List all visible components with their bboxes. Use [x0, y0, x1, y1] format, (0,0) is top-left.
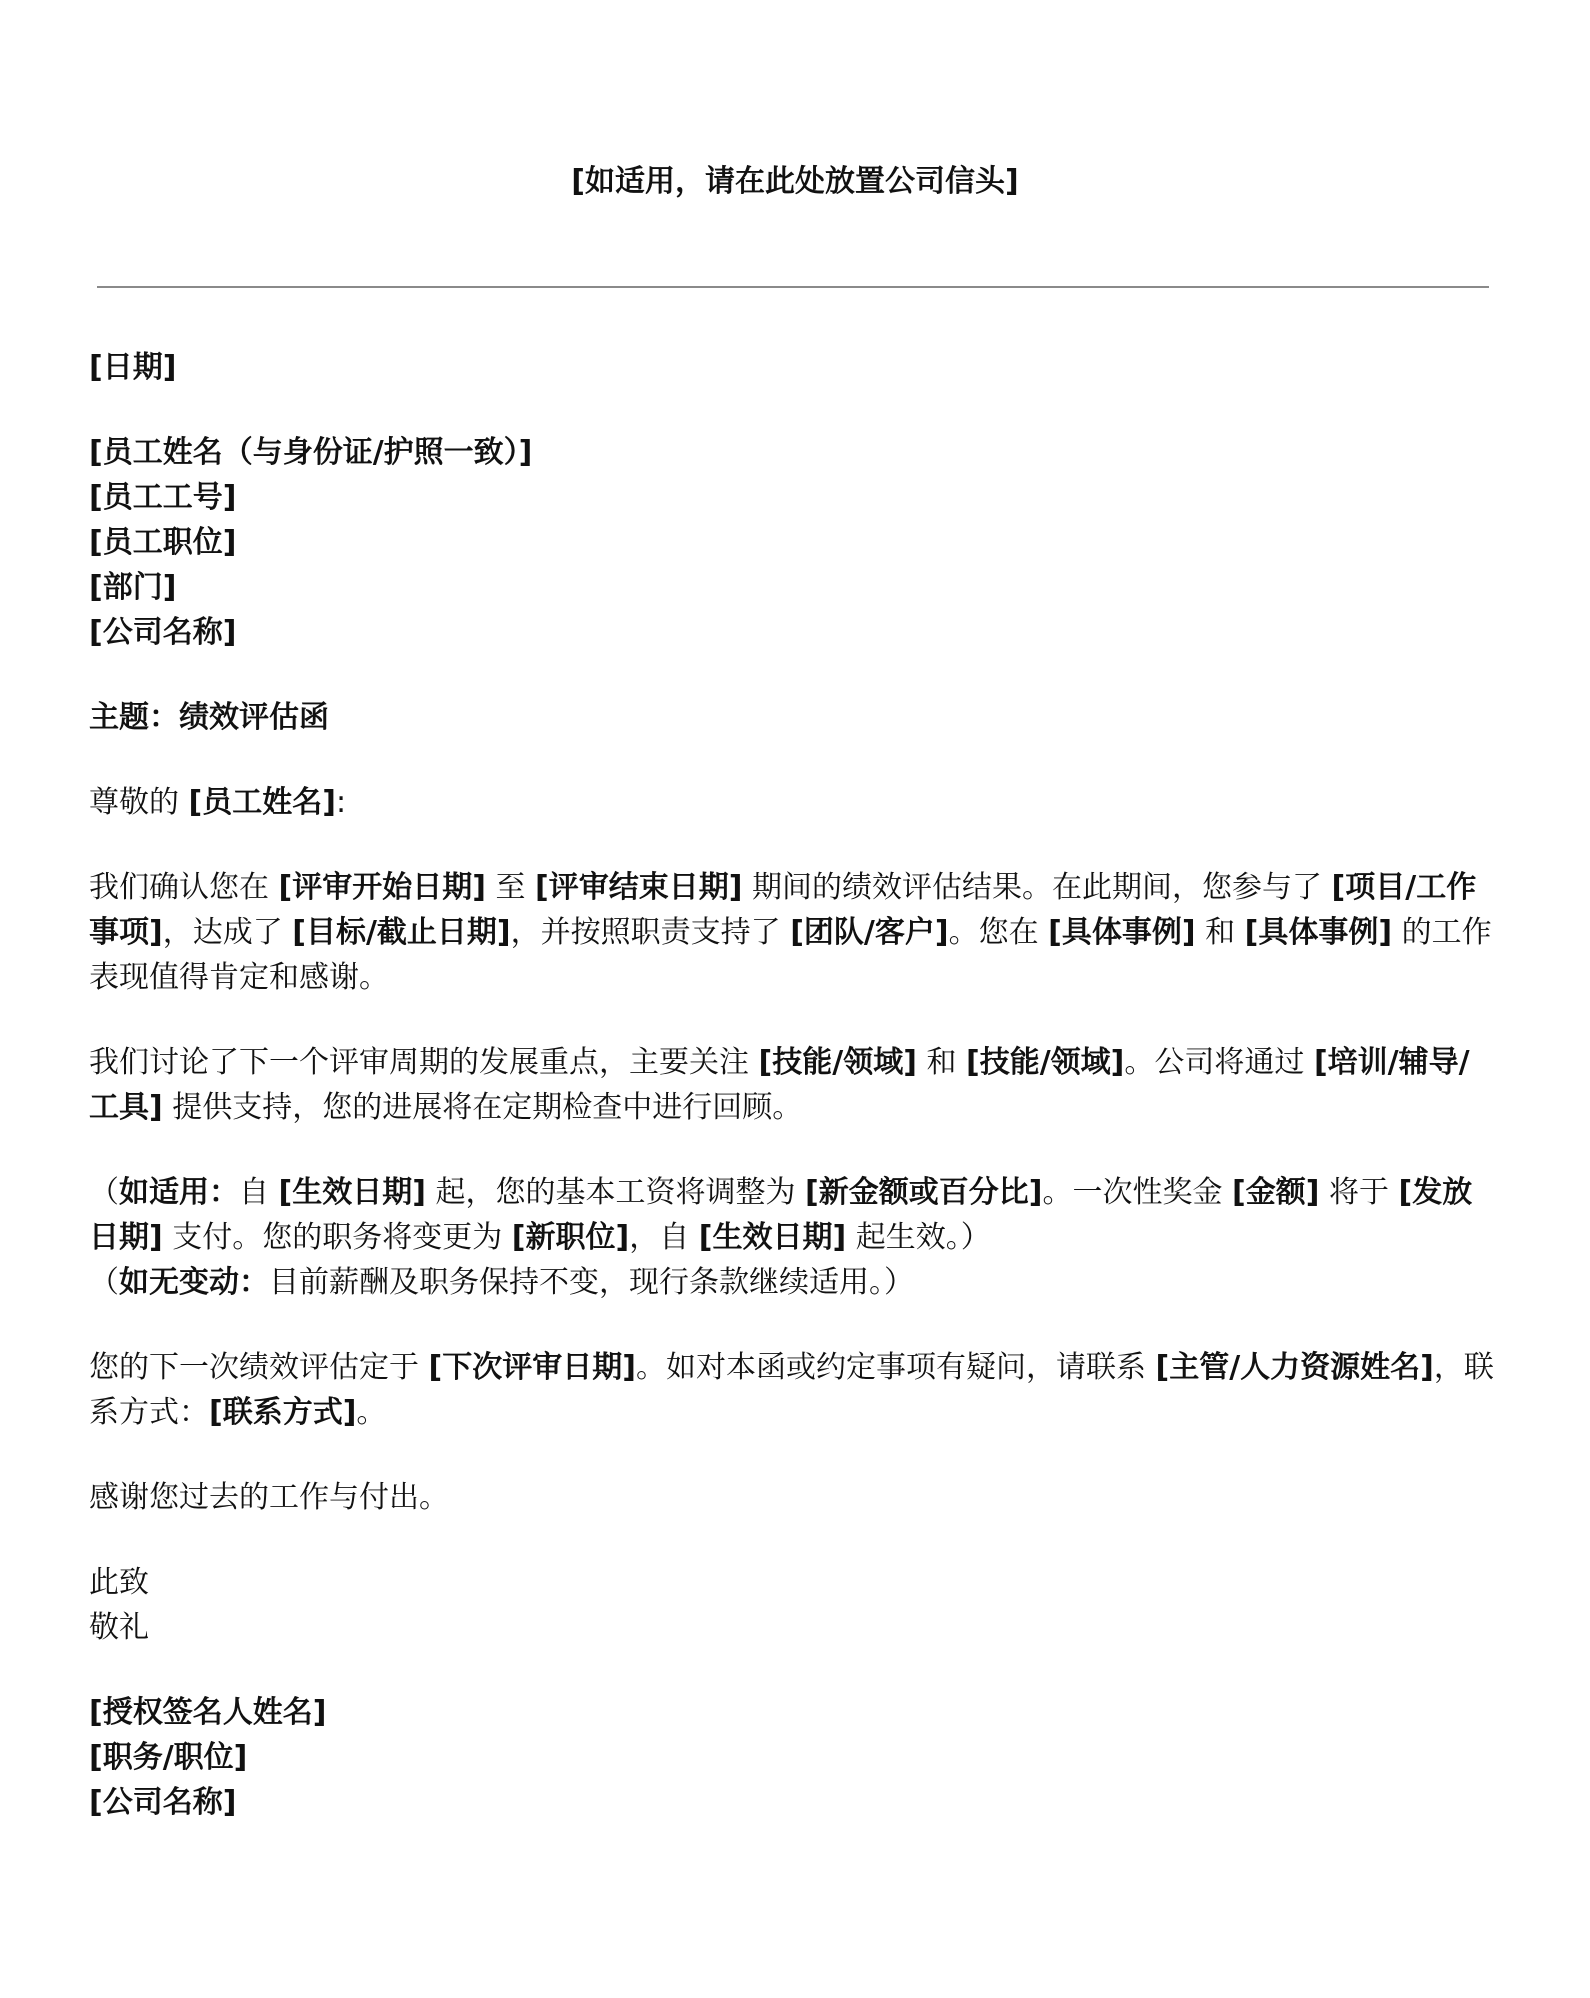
- text: （: [89, 1265, 119, 1300]
- placeholder-skill-2: [技能/领域]: [966, 1045, 1124, 1080]
- compensation-change-option: （如适用：自 [生效日期] 起，您的基本工资将调整为 [新金额或百分比]。一次性…: [89, 1170, 1494, 1260]
- placeholder-bonus-amount: [金额]: [1232, 1175, 1319, 1210]
- letterhead-placeholder: [如适用，请在此处放置公司信头]: [0, 160, 1590, 204]
- placeholder-new-amount: [新金额或百分比]: [805, 1175, 1042, 1210]
- compensation-no-change-option: （如无变动：目前薪酬及职务保持不变，现行条款继续适用。）: [89, 1260, 1494, 1305]
- recipient-employee-id: [员工工号]: [89, 475, 1494, 520]
- placeholder-review-end-date: [评审结束日期]: [535, 870, 742, 905]
- closing-line-1: 此致: [89, 1560, 1494, 1605]
- text: ，达成了: [163, 915, 293, 950]
- paragraph-review-summary: 我们确认您在 [评审开始日期] 至 [评审结束日期] 期间的绩效评估结果。在此期…: [89, 865, 1494, 1000]
- placeholder-contact-details: [联系方式]: [209, 1395, 356, 1430]
- paragraph-compensation: （如适用：自 [生效日期] 起，您的基本工资将调整为 [新金额或百分比]。一次性…: [89, 1170, 1494, 1305]
- placeholder-team-clients: [团队/客户]: [790, 915, 948, 950]
- text: 。一次性奖金: [1042, 1175, 1232, 1210]
- text: 我们确认您在: [89, 870, 279, 905]
- text: 期间的绩效评估结果。在此期间，您参与了: [742, 870, 1331, 905]
- placeholder-example-1: [具体事例]: [1048, 915, 1195, 950]
- text: 您的下一次绩效评估定于: [89, 1350, 429, 1385]
- date-block: [日期]: [89, 345, 1494, 390]
- placeholder-new-position: [新职位]: [512, 1220, 629, 1255]
- signature-block: [授权签名人姓名] [职务/职位] [公司名称]: [89, 1690, 1494, 1825]
- text: 。: [356, 1395, 386, 1430]
- recipient-department: [部门]: [89, 565, 1494, 610]
- salutation-prefix: 尊敬的: [89, 785, 189, 820]
- text: 起生效。）: [846, 1220, 991, 1255]
- text: 将于: [1319, 1175, 1398, 1210]
- salutation-suffix: :: [336, 785, 346, 820]
- placeholder-effective-date: [生效日期]: [279, 1175, 426, 1210]
- text: 和: [917, 1045, 966, 1080]
- text: 。如对本函或约定事项有疑问，请联系: [636, 1350, 1156, 1385]
- placeholder-contact-name: [主管/人力资源姓名]: [1156, 1350, 1434, 1385]
- text: ，并按照职责支持了: [511, 915, 791, 950]
- recipient-name: [员工姓名（与身份证/护照一致）]: [89, 430, 1494, 475]
- letter-page: [如适用，请在此处放置公司信头] [日期] [员工姓名（与身份证/护照一致）] …: [0, 0, 1590, 1998]
- paragraph-development: 我们讨论了下一个评审周期的发展重点，主要关注 [技能/领域] 和 [技能/领域]…: [89, 1040, 1494, 1130]
- text: 支付。您的职务将变更为: [163, 1220, 512, 1255]
- subject-text: 主题：绩效评估函: [89, 700, 329, 735]
- text: 我们讨论了下一个评审周期的发展重点，主要关注: [89, 1045, 759, 1080]
- text: 自: [239, 1175, 279, 1210]
- placeholder-skill-1: [技能/领域]: [759, 1045, 917, 1080]
- text: 和: [1196, 915, 1245, 950]
- text: ，自: [629, 1220, 699, 1255]
- closing-line-2: 敬礼: [89, 1605, 1494, 1650]
- recipient-block: [员工姓名（与身份证/护照一致）] [员工工号] [员工职位] [部门] [公司…: [89, 430, 1494, 655]
- salutation-name: [员工姓名]: [189, 785, 336, 820]
- text: 。您在: [949, 915, 1049, 950]
- option-label-applicable: 如适用：: [119, 1175, 239, 1210]
- recipient-company: [公司名称]: [89, 610, 1494, 655]
- text: 起，您的基本工资将调整为: [426, 1175, 805, 1210]
- text: （: [89, 1175, 119, 1210]
- text: 至: [486, 870, 535, 905]
- date-placeholder: [日期]: [89, 350, 176, 385]
- signatory-title: [职务/职位]: [89, 1735, 1494, 1780]
- salutation: 尊敬的 [员工姓名]:: [89, 780, 1494, 825]
- header-divider: [97, 286, 1489, 288]
- recipient-position: [员工职位]: [89, 520, 1494, 565]
- placeholder-next-review-date: [下次评审日期]: [429, 1350, 636, 1385]
- subject-line: 主题：绩效评估函: [89, 695, 1494, 740]
- text: 提供支持，您的进展将在定期检查中进行回顾。: [163, 1090, 803, 1125]
- paragraph-next-review: 您的下一次绩效评估定于 [下次评审日期]。如对本函或约定事项有疑问，请联系 [主…: [89, 1345, 1494, 1435]
- thanks-line: 感谢您过去的工作与付出。: [89, 1475, 1494, 1520]
- option-label-no-change: 如无变动：: [119, 1265, 269, 1300]
- placeholder-example-2: [具体事例]: [1245, 915, 1392, 950]
- signatory-company: [公司名称]: [89, 1780, 1494, 1825]
- letter-body: [日期] [员工姓名（与身份证/护照一致）] [员工工号] [员工职位] [部门…: [89, 345, 1494, 1865]
- text: 目前薪酬及职务保持不变，现行条款继续适用。）: [269, 1265, 914, 1300]
- placeholder-goals: [目标/截止日期]: [292, 915, 510, 950]
- placeholder-review-start-date: [评审开始日期]: [279, 870, 486, 905]
- placeholder-effective-date-2: [生效日期]: [699, 1220, 846, 1255]
- closing: 此致 敬礼: [89, 1560, 1494, 1650]
- signatory-name: [授权签名人姓名]: [89, 1690, 1494, 1735]
- text: 。公司将通过: [1124, 1045, 1314, 1080]
